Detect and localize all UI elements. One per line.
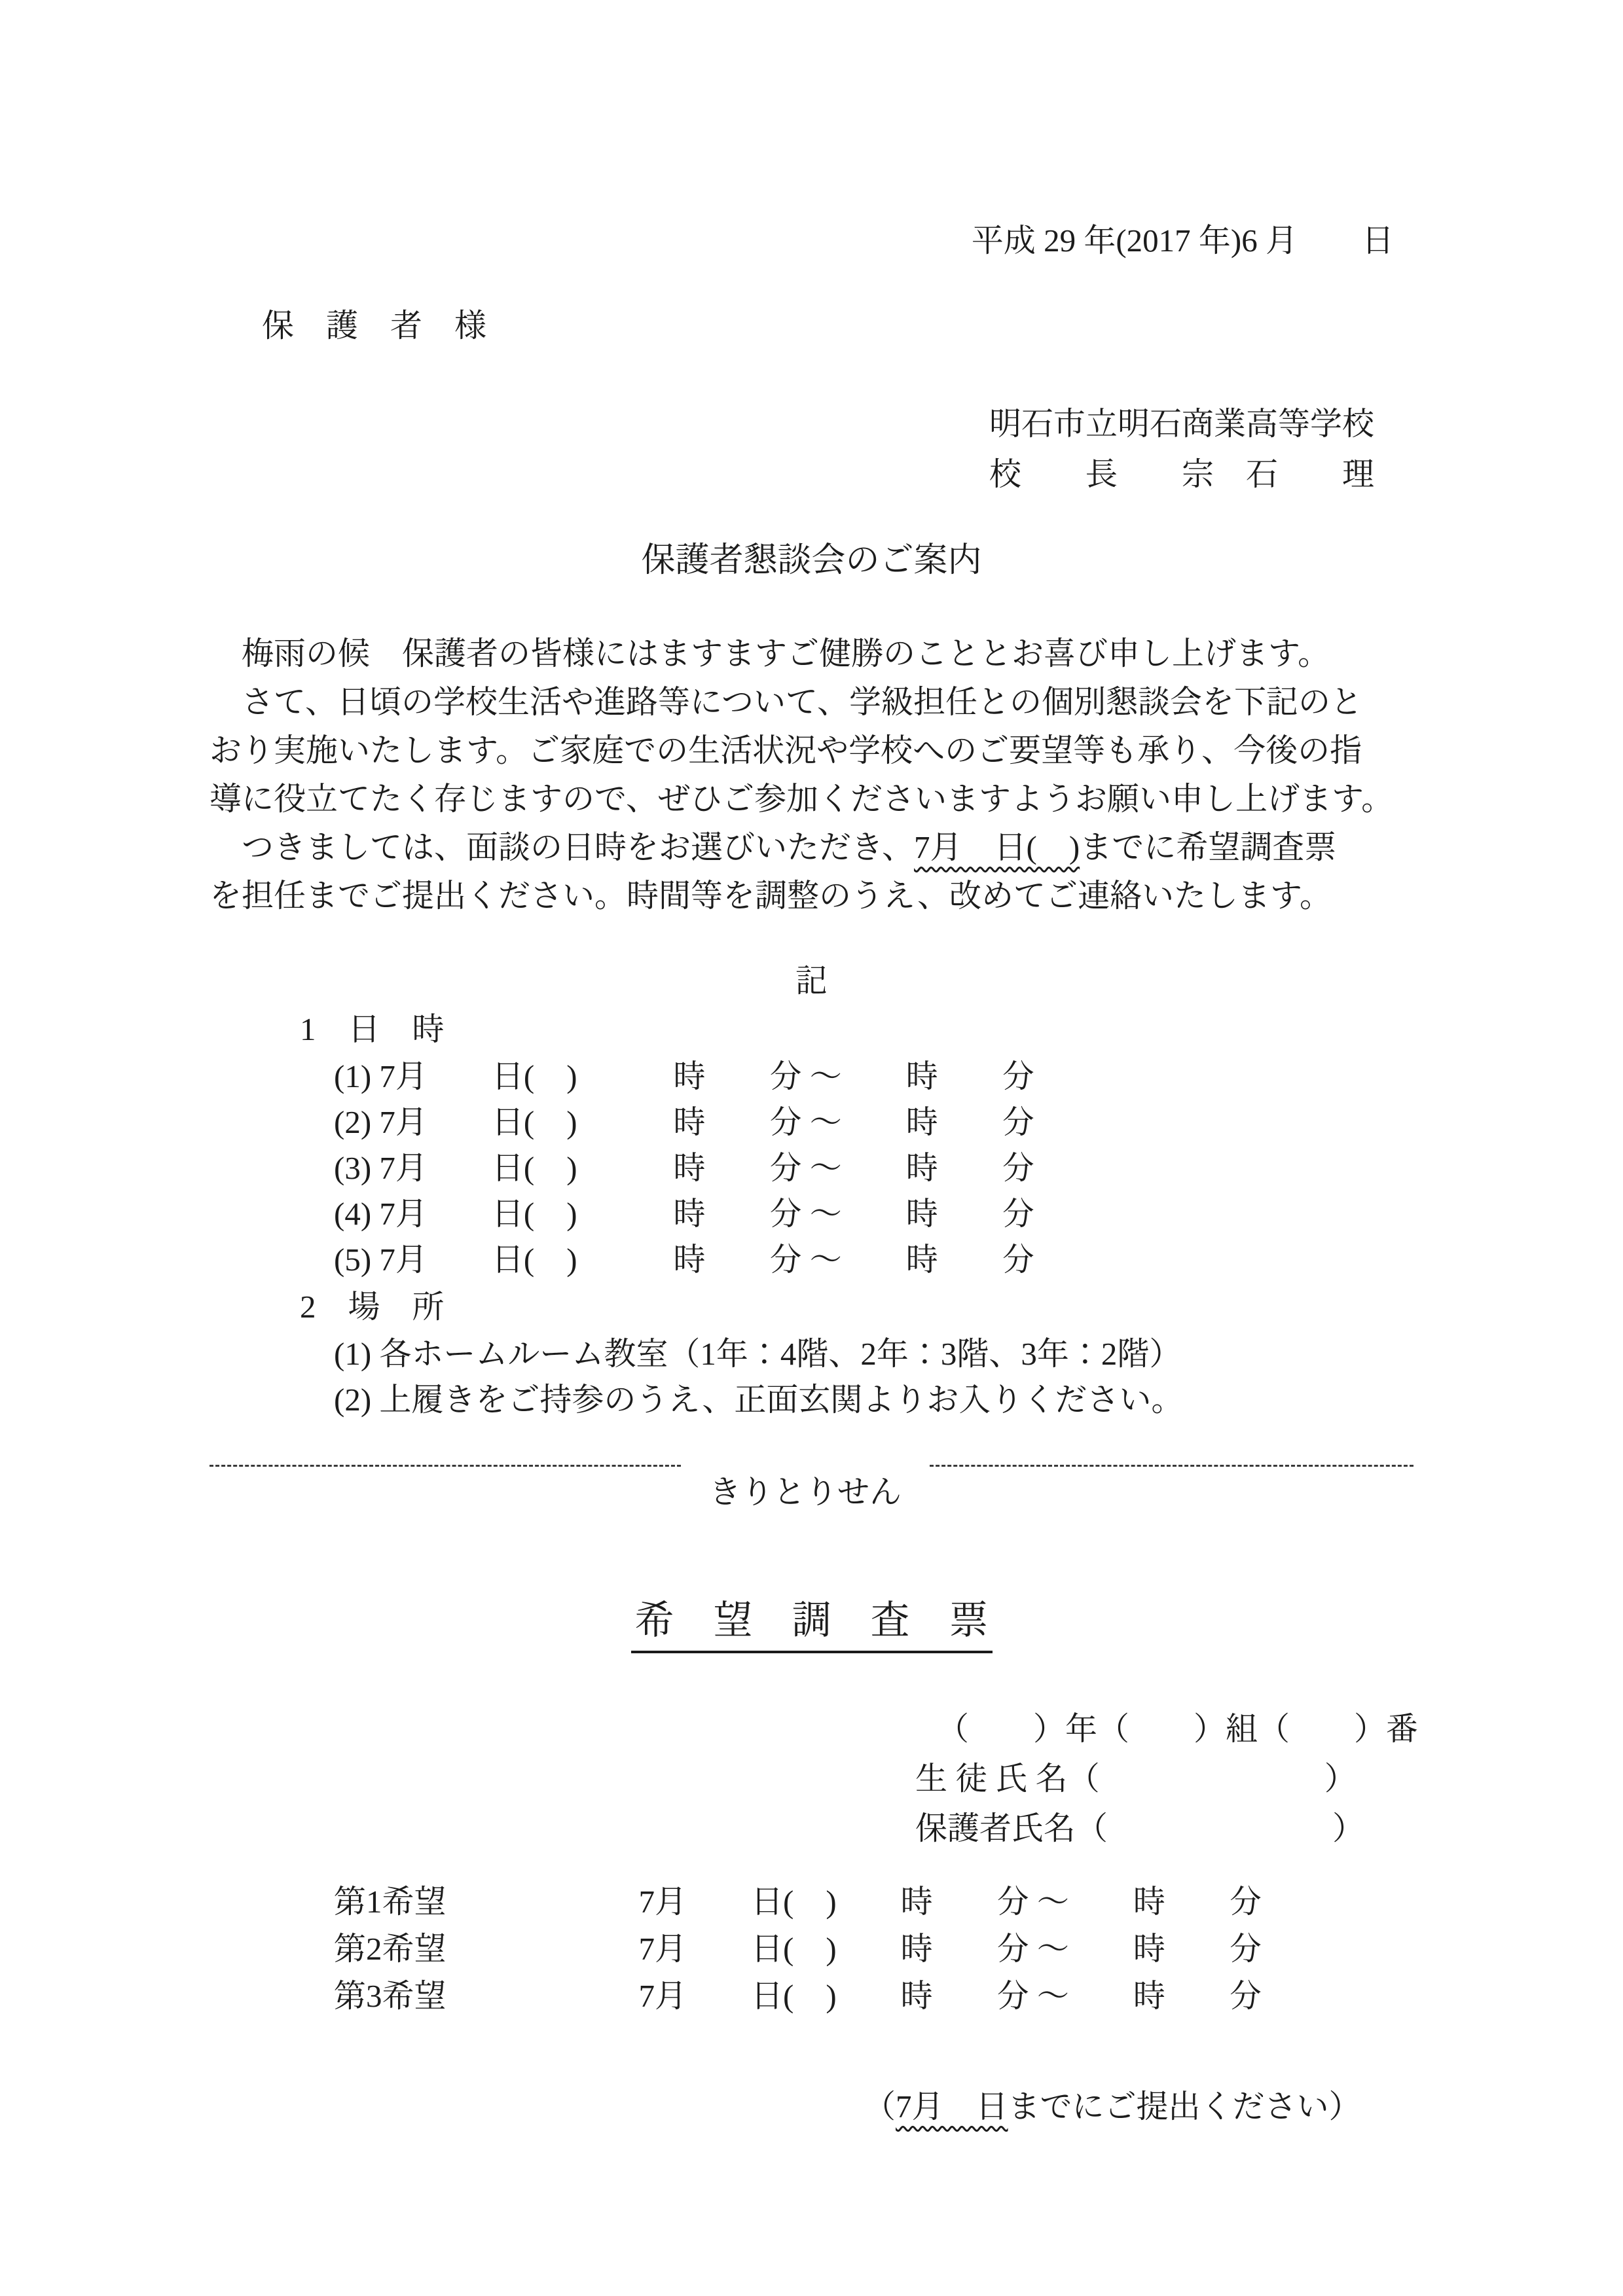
schedule-row: (2) 7月 日( ) 時 分 ～ 時 分 <box>334 1100 1413 1145</box>
submission-paragraph-line: つきましては、面談の日時をお選びいただき、7月 日( )までに希望調査票 <box>210 823 1413 872</box>
class-year-number-line: （ ）年（ ）組（ ）番 <box>915 1704 1413 1754</box>
recipient-line: 保 護 者 様 <box>210 302 1413 350</box>
letter-title: 保護者懇談会のご案内 <box>210 535 1413 586</box>
letter-page: { "page": { "date_line": "平成 29 年(2017 年… <box>0 0 1623 2296</box>
notice-marker: 記 <box>210 957 1413 1005</box>
submission-deadline-blank: 7月 日( ) <box>914 829 1080 865</box>
deadline-note: （7月 日までにご提出ください） <box>864 2083 1413 2131</box>
submission-text: つきましては、面談の日時をお選びいただき、 <box>210 829 914 865</box>
cut-dash-left <box>210 1465 681 1467</box>
student-name-field: 生 徒 氏 名（ ） <box>915 1754 1413 1804</box>
form-title-wrap: 希 望 調 査 票 <box>210 1594 1413 1653</box>
schedule-row: (5) 7月 日( ) 時 分 ～ 時 分 <box>334 1237 1413 1283</box>
place-item: (2) 上履きをご持参のうえ、正面玄関よりお入りください。 <box>334 1377 1413 1423</box>
greeting-paragraph: 梅雨の候 保護者の皆様にはますますご健勝のこととお喜び申し上げます。 <box>210 630 1413 678</box>
place-list: (1) 各ホームルーム教室（1年：4階、2年：3階、3年：2階） (2) 上履き… <box>210 1331 1413 1423</box>
choice-row: 第3希望 7月 日( ) 時 分 ～ 時 分 <box>334 1973 1413 2020</box>
submission-paragraph-line: を担任までご提出ください。時間等を調整のうえ、改めてご連絡いたします。 <box>210 872 1413 920</box>
deadline-text: （ <box>864 2089 896 2125</box>
datetime-section-heading: 1 日 時 <box>210 1005 1413 1054</box>
form-name-block: （ ）年（ ）組（ ）番 生 徒 氏 名（ ） 保護者氏名（ ） <box>915 1704 1413 1854</box>
date-line: 平成 29 年(2017 年)6 月 日 <box>210 217 1413 265</box>
schedule-row: (1) 7月 日( ) 時 分 ～ 時 分 <box>334 1054 1413 1100</box>
schedule-row: (4) 7月 日( ) 時 分 ～ 時 分 <box>334 1191 1413 1237</box>
cut-line: きりとりせん <box>210 1457 1413 1509</box>
body-paragraph-line: 導に役立てたく存じますので、ぜひご参加くださいますようお願い申し上げます。 <box>210 775 1413 823</box>
letter-body: 梅雨の候 保護者の皆様にはますますご健勝のこととお喜び申し上げます。 さて、日頃… <box>210 630 1413 920</box>
deadline-date-blank: 7月 日 <box>896 2089 1008 2125</box>
submission-text: までに希望調査票 <box>1080 829 1336 865</box>
form-title: 希 望 調 査 票 <box>631 1594 993 1653</box>
cut-dash-right <box>930 1465 1413 1467</box>
choice-list: 第1希望 7月 日( ) 時 分 ～ 時 分 第2希望 7月 日( ) 時 分 … <box>210 1878 1413 2020</box>
choice-row: 第2希望 7月 日( ) 時 分 ～ 時 分 <box>334 1926 1413 1973</box>
body-paragraph-line: さて、日頃の学校生活や進路等について、学級担任との個別懇談会を下記のと <box>210 678 1413 726</box>
schedule-list: (1) 7月 日( ) 時 分 ～ 時 分 (2) 7月 日( ) 時 分 ～ … <box>210 1054 1413 1283</box>
schedule-row: (3) 7月 日( ) 時 分 ～ 時 分 <box>334 1145 1413 1191</box>
place-item: (1) 各ホームルーム教室（1年：4階、2年：3階、3年：2階） <box>334 1331 1413 1377</box>
school-name: 明石市立明石商業高等学校 <box>989 400 1413 448</box>
principal-name: 校 長 宗 石 理 <box>989 450 1413 499</box>
guardian-name-field: 保護者氏名（ ） <box>915 1804 1413 1854</box>
deadline-text: までにご提出ください） <box>1008 2089 1361 2125</box>
body-paragraph-line: おり実施いたします。ご家庭での生活状況や学校へのご要望等も承り、今後の指 <box>210 726 1413 775</box>
choice-row: 第1希望 7月 日( ) 時 分 ～ 時 分 <box>334 1878 1413 1926</box>
sender-block: 明石市立明石商業高等学校 校 長 宗 石 理 <box>210 400 1413 499</box>
place-section-heading: 2 場 所 <box>210 1283 1413 1331</box>
cut-line-label: きりとりせん <box>681 1473 930 1512</box>
